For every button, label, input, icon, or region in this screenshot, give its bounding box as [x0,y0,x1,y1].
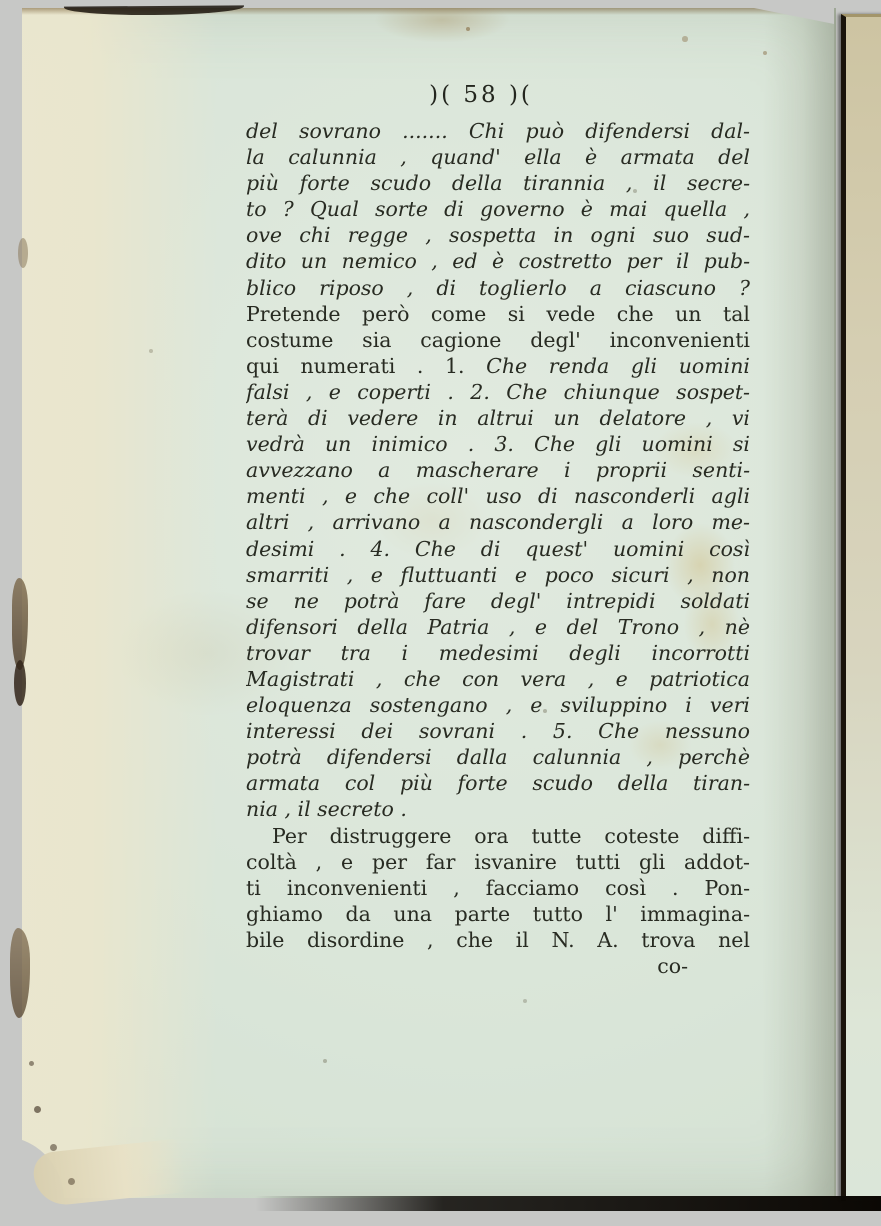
text-line: eloquenza sostengano , e sviluppino i ve… [246,692,750,718]
text-line: terà di vedere in altrui un delatore , v… [246,405,750,431]
text-line: menti , e che coll' uso di nasconderli a… [246,483,750,509]
text-line: qui numerati . 1. Che renda gli uomini [246,353,750,379]
text-line: blico riposo , di toglierlo a ciascuno ? [246,275,750,301]
text-line: difensori della Patria , e del Trono , n… [246,614,750,640]
text-line: più forte scudo della tirannia , il secr… [246,170,750,196]
text-line: interessi dei sovrani . 5. Che nessuno [246,718,750,744]
text-line: bile disordine , che il N. A. trova nel [246,927,750,953]
text-line: falsi , e coperti . 2. Che chiunque sosp… [246,379,750,405]
text-block: del sovrano ....... Chi può difendersi d… [246,118,750,979]
text-line: to ? Qual sorte di governo è mai quella … [246,196,750,222]
text-line: dito un nemico , ed è costretto per il p… [246,248,750,274]
text-line: se ne potrà fare degl' intrepidi soldati [246,588,750,614]
text-line: desimi . 4. Che di quest' uomini così [246,536,750,562]
text-line: del sovrano ....... Chi può difendersi d… [246,118,750,144]
next-page-edge [841,14,881,1201]
text-line: vedrà un inimico . 3. Che gli uomini si [246,431,750,457]
text-line: ti inconvenienti , facciamo così . Pon- [246,875,750,901]
text-line: ove chi regge , sospetta in ogni suo sud… [246,222,750,248]
page-number: )( 58 )( [246,82,716,108]
text-line: armata col più forte scudo della tiran- [246,770,750,796]
text-line: Magistrati , che con vera , e patriotica [246,666,750,692]
text-line: Per distruggere ora tutte coteste diffi- [246,823,750,849]
text-line: costume sia cagione degl' inconvenienti [246,327,750,353]
bottom-scan-shadow [255,1196,881,1211]
text-line: smarriti , e fluttuanti e poco sicuri , … [246,562,750,588]
torn-edge-mid-dark [14,660,26,706]
text-line: ghiamo da una parte tutto l' immagina- [246,901,750,927]
text-line: la calunnia , quand' ella è armata del [246,144,750,170]
catchword: co- [246,953,750,979]
text-line: altri , arrivano a nascondergli a loro m… [246,509,750,535]
paper-specks [22,8,24,10]
text-line: avvezzano a mascherare i proprii senti- [246,457,750,483]
bottom-left-corner-spots [0,0,3,3]
text-line: nia , il secreto . [246,796,750,822]
text-line: trovar tra i medesimi degli incorrotti [246,640,750,666]
text-line: Pretende però come si vede che un tal [246,301,750,327]
torn-edge-nick [18,238,28,268]
text-line: potrà difendersi dalla calunnia , perchè [246,744,750,770]
text-line: coltà , e per far isvanire tutti gli add… [246,849,750,875]
book-scan: )( 58 )( del sovrano ....... Chi può dif… [0,0,881,1226]
